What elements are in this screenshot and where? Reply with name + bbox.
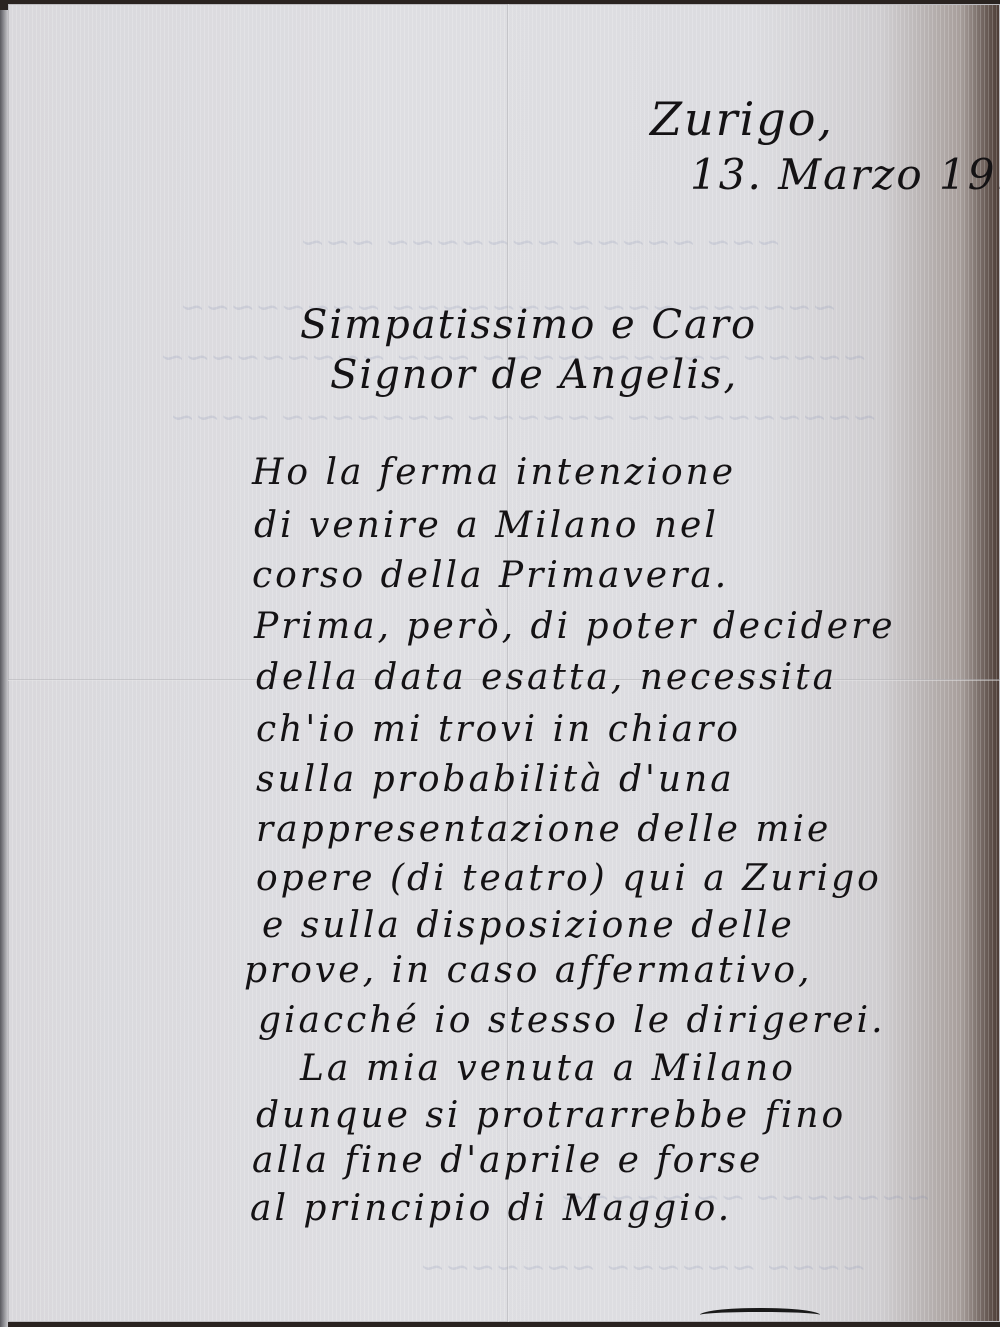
- show-through-text: ~~~ ~~~~~ ~~~~~~~ ~~~: [300, 225, 781, 260]
- body-line: La mia venuta a Milano: [300, 1048, 796, 1089]
- salutation-line-2: Signor de Angelis,: [330, 352, 738, 398]
- body-line: rappresentazione delle mie: [256, 809, 831, 850]
- body-line: prove, in caso affermativo,: [244, 950, 812, 991]
- body-line: sulla probabilità d'una: [256, 759, 735, 800]
- body-line: della data esatta, necessita: [256, 657, 837, 698]
- show-through-text: ~~~~~~~~~~ ~~~~~~ ~~~~~~~ ~~~~: [170, 400, 877, 435]
- body-line: corso della Primavera.: [252, 555, 729, 596]
- body-line: ch'io mi trovi in chiaro: [256, 709, 741, 750]
- page-turn-flourish: [700, 1308, 820, 1322]
- body-line: al principio di Maggio.: [250, 1188, 732, 1229]
- body-line: Ho la ferma intenzione: [252, 452, 736, 493]
- letter-date: 13. Marzo 1917: [690, 150, 1000, 199]
- body-line: opere (di teatro) qui a Zurigo: [256, 858, 882, 899]
- body-line: e sulla disposizione delle: [262, 905, 795, 946]
- body-line: di venire a Milano nel: [254, 505, 719, 546]
- letter-place: Zurigo,: [650, 92, 834, 146]
- salutation-line-1: Simpatissimo e Caro: [300, 302, 757, 348]
- body-line: Prima, però, di poter decidere: [254, 606, 896, 647]
- sheet-edge: [0, 10, 8, 1327]
- body-line: giacché io stesso le dirigerei.: [258, 1000, 886, 1041]
- body-line: dunque si protrarrebbe fino: [256, 1095, 846, 1136]
- show-through-text: ~~~~ ~~~~~~ ~~~~~~~: [420, 1250, 866, 1285]
- body-line: alla fine d'aprile e forse: [252, 1140, 763, 1181]
